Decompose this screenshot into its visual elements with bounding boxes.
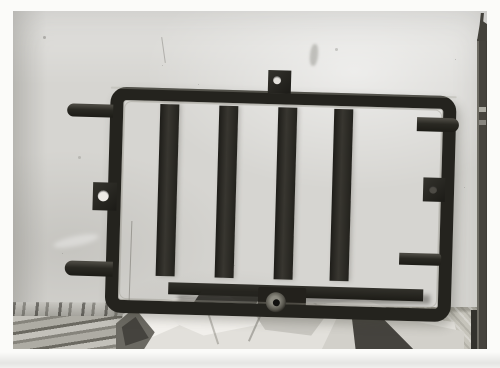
mounting-tab-right bbox=[423, 177, 446, 202]
iron-grate bbox=[13, 11, 487, 349]
peg-upper-right bbox=[417, 117, 459, 132]
mounting-tab-left bbox=[92, 182, 117, 211]
photo-area bbox=[13, 11, 487, 349]
mounting-tab-top bbox=[268, 70, 292, 94]
peg-lower-right bbox=[399, 253, 441, 266]
peg-lower-left bbox=[65, 260, 113, 276]
bolt-hole bbox=[98, 190, 109, 201]
scan-edge-band bbox=[0, 352, 500, 368]
bolt-hole bbox=[429, 185, 437, 193]
photograph-print bbox=[0, 0, 500, 368]
peg-upper-left bbox=[67, 103, 113, 117]
bolt-hole bbox=[273, 76, 281, 84]
